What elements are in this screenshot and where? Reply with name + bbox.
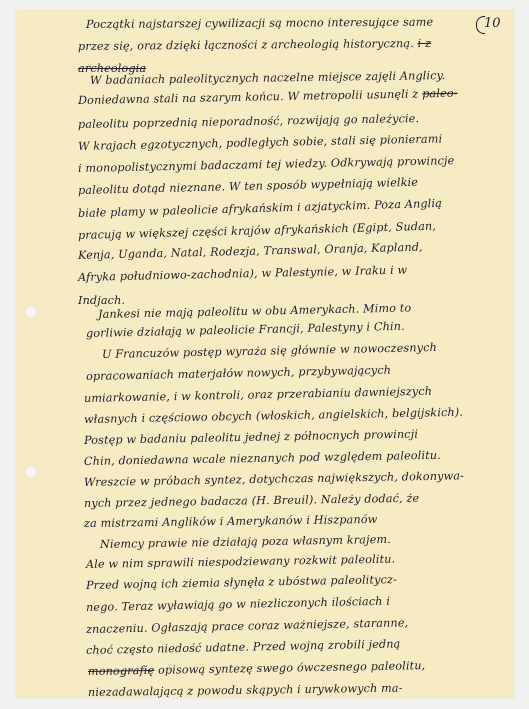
- text-line: umiarkowanie, i w kontroli, oraz przerab…: [84, 385, 432, 405]
- text-line: Niemcy prawie nie działają poza własnym …: [100, 533, 391, 551]
- line-text: opisową syntezę swego ówczesnego paleoli…: [158, 659, 426, 677]
- text-line: znaczeniu. Ogłaszają prace coraz ważniej…: [86, 616, 409, 636]
- line-text: nych przez jednego badacza (H. Breuil). …: [84, 492, 419, 510]
- text-line: paleolitu dotąd nieznane. W ten sposób w…: [78, 176, 418, 197]
- text-line: Początki najstarszej cywilizacji są mocn…: [86, 16, 433, 31]
- text-line: gorliwie działają w paleolicie Francji, …: [86, 320, 405, 340]
- text-line: Jankesi nie mają paleolitu w obu Ameryka…: [98, 301, 412, 321]
- text-line: przez się, oraz dzięki łączności z arche…: [78, 37, 431, 53]
- text-line: niezadawalającą z powodu skąpych i urywk…: [88, 682, 403, 699]
- text-line: opracowaniach materjałów nowych, przybyw…: [86, 364, 391, 383]
- text-line: Przed wojną ich ziemia słynęła z ubóstwa…: [86, 573, 397, 592]
- text-line: Doniedawna stali na szarym końcu. W metr…: [78, 87, 458, 107]
- struck-text: i z: [418, 37, 432, 50]
- page-number: 10: [484, 16, 501, 31]
- text-line: Wreszcie w próbach syntez, dotychczas na…: [84, 469, 464, 489]
- struck-text: paleo-: [422, 87, 458, 101]
- text-line: W krajach egzotycznych, podległych sobie…: [78, 132, 443, 153]
- text-line: nych przez jednego badacza (H. Breuil). …: [84, 492, 419, 510]
- text-line: Chin, doniedawna wcale nieznanych pod wz…: [84, 449, 441, 468]
- text-line: białe plamy w paleolicie afrykańskim i a…: [78, 197, 442, 220]
- text-line: Postęp w badaniu paleolitu jednej z półn…: [84, 428, 418, 447]
- text-line: paleolitu poprzednią nieporadność, rozwi…: [78, 112, 419, 131]
- text-line: Ale w nim sprawili niespodziewany rozkwi…: [86, 553, 395, 571]
- line-text: przez się, oraz dzięki łączności z arche…: [78, 37, 414, 53]
- line-text: Doniedawna stali na szarym końcu. W metr…: [78, 87, 419, 107]
- text-line: Afryka południowo-zachodnia), w Palestyn…: [78, 264, 407, 284]
- text-line: nego. Teraz wyławiają go w niezliczonych…: [86, 595, 390, 614]
- text-line: pracują w większej części krajów afrykań…: [78, 220, 436, 242]
- text-line: U Francuzów postęp wyraża się głównie w …: [102, 341, 437, 361]
- binding-hole-upper: [25, 306, 37, 318]
- text-line: Indjach.: [78, 294, 125, 307]
- text-line: za mistrzami Anglików i Amerykanów i His…: [84, 513, 378, 530]
- struck-text: monografię: [88, 664, 155, 678]
- text-line: Kenja, Uganda, Natal, Rodezja, Transwal,…: [78, 241, 423, 262]
- text-line: własnych i częściowo obcych (włoskich, a…: [84, 406, 463, 426]
- binding-hole-lower: [25, 466, 37, 478]
- manuscript-page: 10 Początki najstarszej cywilizacji są m…: [16, 10, 514, 698]
- text-line: i monopolistycznymi badaczami tej wiedzy…: [78, 154, 455, 175]
- text-line: choć często niedość udatne. Przed wojną …: [86, 637, 401, 657]
- text-line: monografię opisową syntezę swego ówczesn…: [88, 659, 426, 678]
